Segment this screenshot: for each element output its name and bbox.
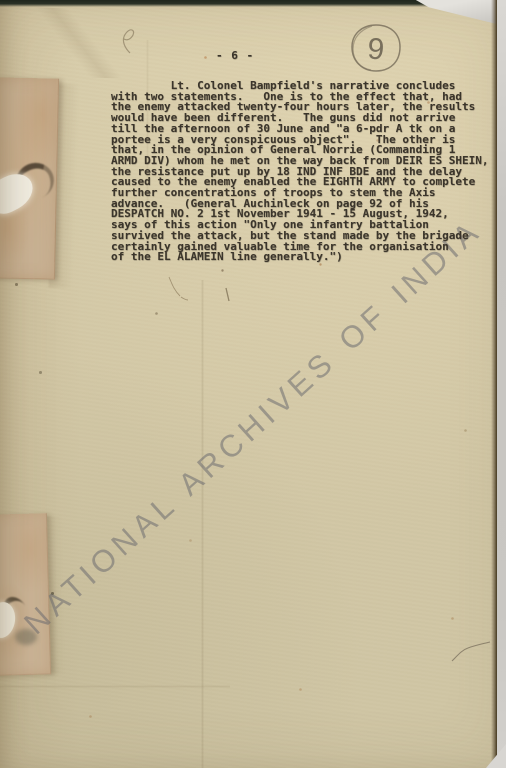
paper-curl-mark xyxy=(123,30,133,53)
scanned-document-page: - 6 - 9 Lt. Colonel Bampfield's narrativ… xyxy=(0,0,506,768)
annotation-number: 9 xyxy=(366,32,385,66)
scanner-bed-right xyxy=(497,0,506,768)
pencil-squiggle xyxy=(452,642,490,661)
scanner-edge-top xyxy=(0,0,432,7)
scratch-mark xyxy=(169,277,188,300)
typed-line: of the EL ALAMEIN line generally.") xyxy=(111,252,489,263)
circled-page-annotation: 9 xyxy=(348,22,404,74)
ink-dash-mark xyxy=(226,288,229,301)
typed-paragraph: Lt. Colonel Bampfield's narrative conclu… xyxy=(111,81,489,263)
page-number: - 6 - xyxy=(216,49,254,62)
